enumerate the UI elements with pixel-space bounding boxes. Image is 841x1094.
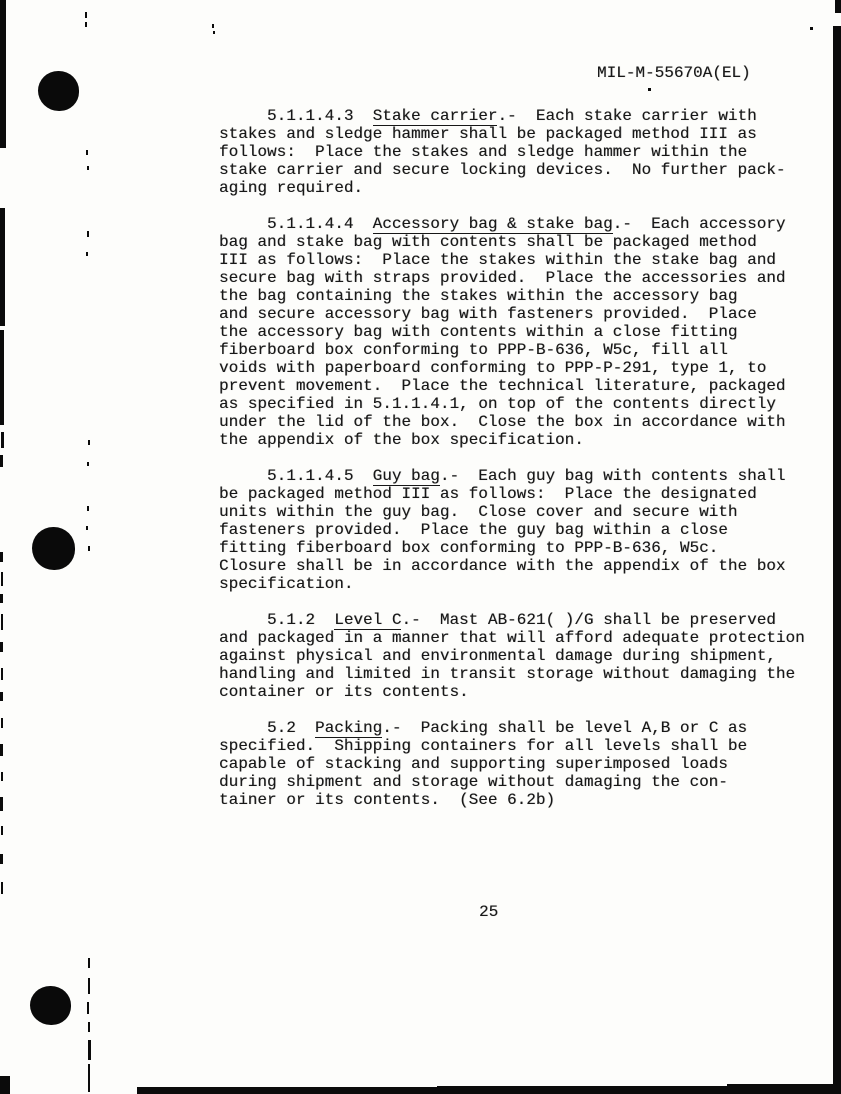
text-line: 5.1.1.4.3 Stake carrier.- Each stake car…: [219, 107, 804, 125]
text-line: Closure shall be in accordance with the …: [219, 557, 804, 575]
text-line: specification.: [219, 575, 804, 593]
scan-mark: [86, 252, 88, 256]
scan-mark: [86, 150, 88, 155]
scan-mark: [648, 88, 651, 91]
paragraph-text: .- Each stake carrier with: [497, 107, 756, 125]
scan-mark: [0, 692, 3, 701]
text-line: fitting fiberboard box conforming to PPP…: [219, 539, 804, 557]
text-line: 5.1.1.4.4 Accessory bag & stake bag.- Ea…: [219, 215, 804, 233]
text-line: specified. Shipping containers for all l…: [219, 737, 804, 755]
paragraph-number: 5.2: [219, 719, 315, 737]
scan-mark: [833, 26, 841, 1094]
scan-mark: [0, 594, 3, 603]
scan-mark: [1, 826, 3, 835]
scan-mark: [0, 854, 3, 864]
text-line: voids with paperboard conforming to PPP-…: [219, 359, 804, 377]
paragraph-5.1.2: 5.1.2 Level C.- Mast AB-621( )/G shall b…: [219, 611, 804, 701]
paragraph-heading: Packing: [315, 719, 382, 738]
hole-punch-top: [38, 71, 79, 111]
scan-mark: [85, 22, 87, 27]
text-line: be packaged method III as follows: Place…: [219, 485, 804, 503]
text-line: secure bag with straps provided. Place t…: [219, 269, 804, 287]
scan-mark: [1, 668, 3, 680]
paragraph-heading: Level C: [334, 611, 401, 630]
paragraph-text: .- Packing shall be level A,B or C as: [382, 719, 747, 737]
paragraph-heading: Accessory bag & stake bag: [373, 215, 613, 234]
text-line: handling and limited in transit storage …: [219, 665, 804, 683]
paragraph-number: 5.1.1.4.4: [219, 215, 373, 233]
document-id-header: MIL-M-55670A(EL): [597, 64, 751, 82]
text-line: against physical and environmental damag…: [219, 647, 804, 665]
text-line: tainer or its contents. (See 6.2b): [219, 791, 804, 809]
text-line: 5.1.1.4.5 Guy bag.- Each guy bag with co…: [219, 467, 804, 485]
scan-mark: [87, 231, 89, 237]
scan-mark: [88, 958, 90, 968]
document-page: MIL-M-55670A(EL) 5.1.1.4.3 Stake carrier…: [0, 0, 841, 1094]
text-line: capable of stacking and supporting super…: [219, 755, 804, 773]
scan-mark: [87, 506, 89, 511]
scan-mark: [86, 526, 88, 530]
scan-mark: [137, 1087, 437, 1094]
scan-mark: [1, 572, 3, 586]
text-line: and secure accessory bag with fasteners …: [219, 305, 804, 323]
hole-punch-bottom: [30, 986, 71, 1025]
paragraph-text: .- Mast AB-621( )/G shall be preserved: [401, 611, 775, 629]
text-line: fasteners provided. Place the guy bag wi…: [219, 521, 804, 539]
scan-mark: [0, 1076, 10, 1094]
scan-mark: [0, 552, 3, 562]
scan-mark: [0, 208, 5, 326]
scan-mark: [1, 772, 3, 781]
scan-mark: [88, 1064, 90, 1092]
text-line: as specified in 5.1.1.4.1, on top of the…: [219, 395, 804, 413]
text-line: units within the guy bag. Close cover an…: [219, 503, 804, 521]
scan-mark: [0, 455, 3, 467]
scan-mark: [1, 718, 3, 728]
text-line: the appendix of the box specification.: [219, 431, 804, 449]
paragraph-number: 5.1.2: [219, 611, 334, 629]
paragraph-5.2: 5.2 Packing.- Packing shall be level A,B…: [219, 719, 804, 809]
scan-mark: [1, 882, 3, 894]
text-line: the bag containing the stakes within the…: [219, 287, 804, 305]
page-number: 25: [479, 903, 498, 921]
text-line: follows: Place the stakes and sledge ham…: [219, 143, 804, 161]
hole-punch-middle: [32, 527, 75, 570]
paragraph-text: .- Each accessory: [613, 215, 786, 233]
text-line: the accessory bag with contents within a…: [219, 323, 804, 341]
text-line: prevent movement. Place the technical li…: [219, 377, 804, 395]
scan-mark: [87, 166, 89, 170]
text-line: during shipment and storage without dama…: [219, 773, 804, 791]
scan-mark: [88, 1022, 90, 1032]
text-line: 5.1.2 Level C.- Mast AB-621( )/G shall b…: [219, 611, 804, 629]
scan-mark: [88, 978, 90, 994]
scan-mark: [437, 1086, 730, 1094]
scan-mark: [88, 440, 90, 445]
scan-mark: [0, 744, 3, 756]
scan-mark: [0, 330, 4, 425]
scan-mark: [810, 27, 813, 30]
paragraph-text: .- Each guy bag with contents shall: [440, 467, 786, 485]
text-line: stake carrier and secure locking devices…: [219, 161, 804, 179]
text-line: bag and stake bag with contents shall be…: [219, 233, 804, 251]
document-body: 5.1.1.4.3 Stake carrier.- Each stake car…: [219, 107, 804, 827]
scan-mark: [1, 614, 3, 630]
scan-mark: [1, 432, 4, 448]
scan-mark: [88, 546, 90, 551]
scan-mark: [835, 0, 841, 13]
scan-mark: [88, 1040, 91, 1060]
text-line: 5.2 Packing.- Packing shall be level A,B…: [219, 719, 804, 737]
scan-mark: [0, 797, 3, 811]
text-line: container or its contents.: [219, 683, 804, 701]
text-line: and packaged in a manner that will affor…: [219, 629, 804, 647]
scan-mark: [0, 0, 6, 148]
scan-mark: [727, 1084, 841, 1094]
scan-mark: [85, 12, 87, 18]
text-line: stakes and sledge hammer shall be packag…: [219, 125, 804, 143]
paragraph-5.1.1.4.3: 5.1.1.4.3 Stake carrier.- Each stake car…: [219, 107, 804, 197]
scan-mark: [212, 24, 214, 28]
text-line: under the lid of the box. Close the box …: [219, 413, 804, 431]
scan-mark: [0, 642, 3, 652]
paragraph-number: 5.1.1.4.5: [219, 467, 373, 485]
text-line: aging required.: [219, 179, 804, 197]
text-line: fiberboard box conforming to PPP-B-636, …: [219, 341, 804, 359]
paragraph-5.1.1.4.4: 5.1.1.4.4 Accessory bag & stake bag.- Ea…: [219, 215, 804, 449]
paragraph-heading: Stake carrier: [373, 107, 498, 126]
text-line: III as follows: Place the stakes within …: [219, 251, 804, 269]
paragraph-5.1.1.4.5: 5.1.1.4.5 Guy bag.- Each guy bag with co…: [219, 467, 804, 593]
paragraph-heading: Guy bag: [373, 467, 440, 486]
scan-mark: [87, 462, 89, 466]
paragraph-number: 5.1.1.4.3: [219, 107, 373, 125]
scan-mark: [87, 1002, 89, 1014]
scan-mark: [213, 31, 215, 34]
